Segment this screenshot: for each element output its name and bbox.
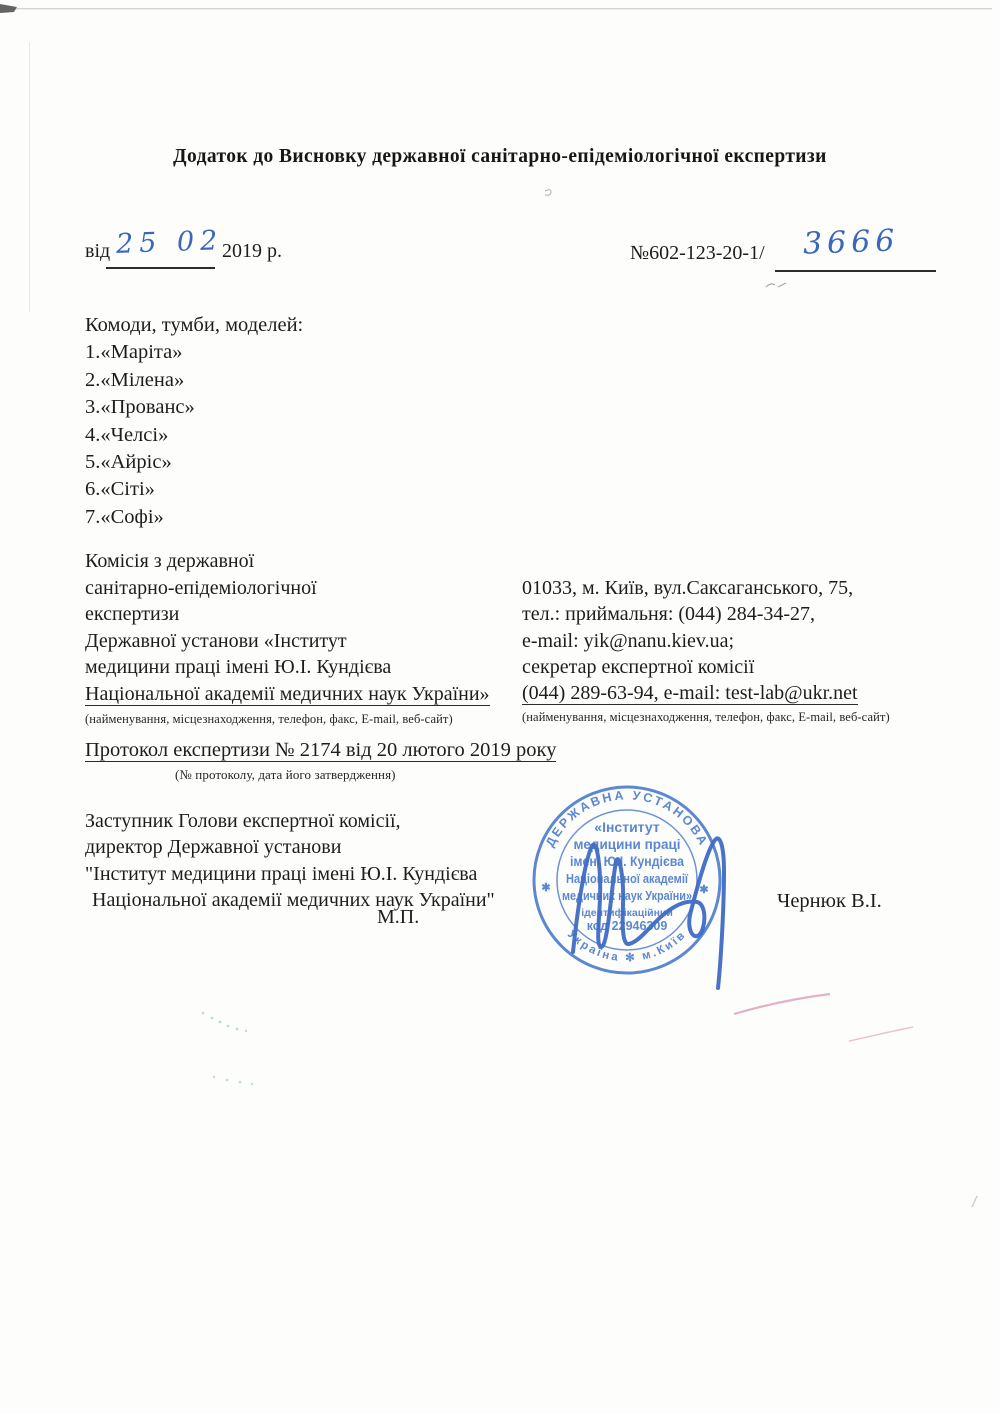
address-line: 01033, м. Київ, вул.Саксаганського, 75, (522, 575, 972, 601)
signature-stroke (573, 838, 724, 988)
list-item: 3.«Прованс» (85, 394, 303, 421)
secretary-line: секретар експертної комісії (522, 654, 972, 680)
scan-corner-mark (0, 4, 17, 13)
scan-speck (766, 283, 786, 287)
stamp-center-line: медицини праці (573, 837, 680, 852)
list-item: 5.«Айріс» (85, 449, 303, 476)
stamp-center-line: код 22946309 (587, 919, 668, 933)
field-caption: (найменування, місцезнаходження, телефон… (522, 710, 972, 725)
scan-edge-line (12, 8, 992, 9)
list-item: 7.«Софі» (85, 504, 303, 531)
signatory-line: Національної академії медичних наук Укра… (85, 887, 495, 913)
commission-left-column: Комісія з державної санітарно-епідеміоло… (85, 548, 545, 727)
stamp-center-line: ідентифікаційний (581, 907, 673, 919)
models-heading: Комоди, тумби, моделей: (85, 312, 303, 339)
protocol-caption: (№ протоколу, дата його затвердження) (175, 767, 556, 782)
secretary-contact-underlined: (044) 289-63-94, e-mail: test-lab@ukr.ne… (522, 682, 858, 705)
protocol-line: Протокол експертизи № 2174 від 20 лютого… (85, 739, 556, 762)
document-number-label: №602-123-20-1/ (630, 242, 765, 265)
stamp-center-line: Національної академії (566, 871, 688, 886)
list-item: 2.«Мілена» (85, 367, 303, 394)
commission-line: експертизи (85, 601, 545, 628)
scan-speck (972, 1196, 977, 1207)
commission-address-column: 01033, м. Київ, вул.Саксаганського, 75, … (522, 575, 972, 725)
signatory-line: "Інститут медицини праці імені Ю.І. Кунд… (85, 861, 495, 887)
signatory-line: Заступник Голови експертної комісії, (85, 808, 495, 834)
commission-line: Державної установи «Інститут (85, 628, 545, 655)
stamp-outer-ring (534, 787, 720, 973)
signatory-block: Заступник Голови експертної комісії, дир… (85, 808, 495, 914)
list-item: 4.«Челсі» (85, 422, 303, 449)
stamp-star-icon: ✱ (541, 882, 550, 894)
phone-line: тел.: приймальня: (044) 284-34-27, (522, 601, 972, 627)
stamp-center-line: «Інститут (594, 819, 660, 835)
stamp-center-line: медичних наук України» (562, 888, 692, 903)
commission-line: медицини праці імені Ю.І. Кундієва (85, 654, 545, 681)
stamp-center-line: імені Ю.І. Кундієва (570, 854, 684, 869)
commission-line-underlined: Національної академії медичних наук Укра… (85, 683, 490, 706)
handwritten-number: 3666 (802, 223, 900, 261)
email-line: e-mail: yik@nanu.kiev.ua; (522, 628, 972, 654)
handwritten-date: 25 02 (115, 225, 223, 260)
commission-line: санітарно-епідеміологічної (85, 575, 545, 602)
signatory-line: директор Державної установи (85, 834, 495, 860)
models-list: Комоди, тумби, моделей: 1.«Маріта» 2.«Мі… (85, 312, 303, 531)
commission-line: Комісія з державної (85, 548, 545, 575)
signer-name: Чернюк В.І. (777, 890, 882, 913)
stamp-star-icon: ✱ (699, 884, 708, 896)
scan-speck (545, 190, 551, 195)
date-underline (106, 267, 215, 269)
stamp-ring-bottom-text: Україна ✻ м.Київ (565, 928, 689, 964)
scanned-document-page: Додаток до Висновку державної санітарно-… (0, 0, 1000, 1414)
seal-placeholder: М.П. (377, 906, 419, 929)
list-item: 1.«Маріта» (85, 339, 303, 366)
stamp-inner-ring (557, 810, 697, 950)
number-underline (775, 270, 936, 272)
document-title: Додаток до Висновку державної санітарно-… (0, 146, 1000, 168)
protocol-block: Протокол експертизи № 2174 від 20 лютого… (85, 739, 556, 782)
official-stamp: ДЕРЖАВНА УСТАНОВА Україна ✻ м.Київ ✱ ✱ «… (534, 787, 720, 973)
date-suffix: 2019 р. (222, 240, 282, 263)
date-prefix: від (85, 240, 110, 263)
list-item: 6.«Сіті» (85, 476, 303, 503)
scan-edge-line (29, 42, 30, 312)
teal-specks (202, 1012, 253, 1085)
pink-pen-stroke (849, 1027, 913, 1041)
field-caption: (найменування, місцезнаходження, телефон… (85, 712, 545, 727)
stamp-ring-top-text: ДЕРЖАВНА УСТАНОВА (543, 788, 711, 849)
pink-pen-stroke (734, 994, 830, 1014)
